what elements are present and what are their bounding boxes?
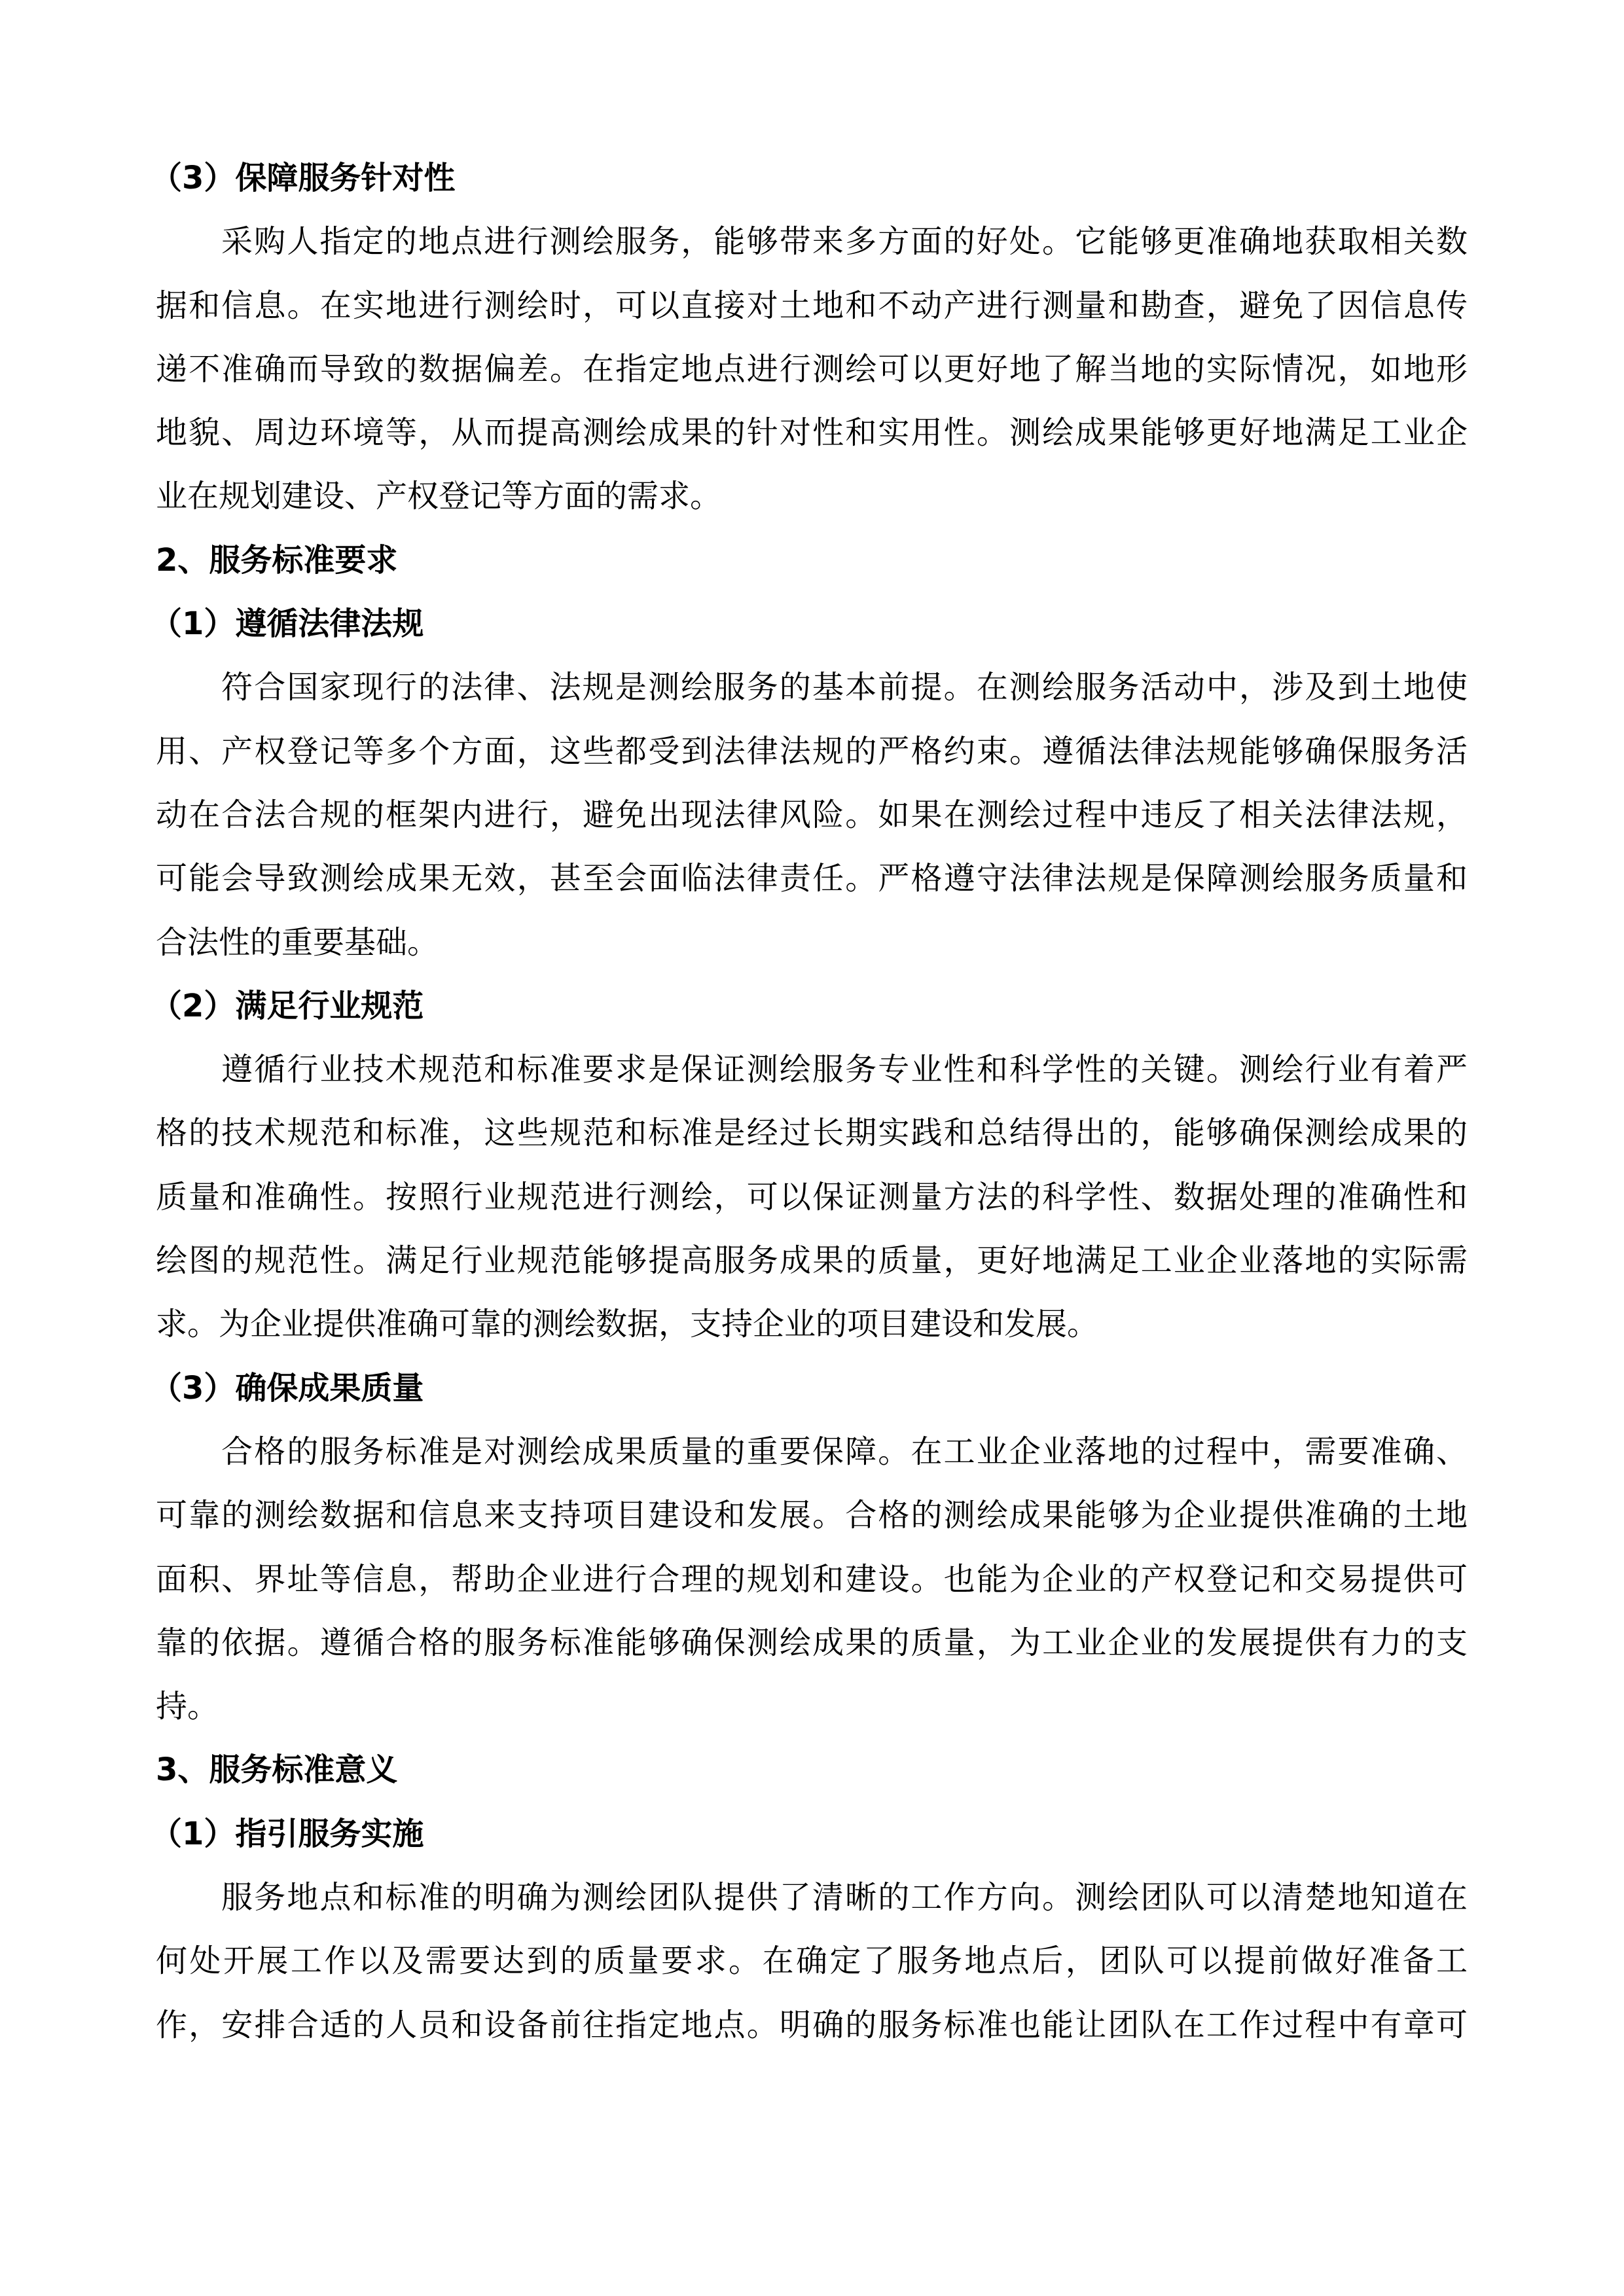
paragraph-line: 地貌、周边环境等，从而提高测绘成果的针对性和实用性。测绘成果能够更好地满足工业企 bbox=[156, 412, 1468, 475]
paragraph-line: 合法性的重要基础。 bbox=[156, 922, 1468, 985]
paragraph-line: 质量和准确性。按照行业规范进行测绘，可以保证测量方法的科学性、数据处理的准确性和 bbox=[156, 1176, 1468, 1240]
subheading-ensure-result-quality: （3）确保成果质量 bbox=[151, 1367, 1468, 1431]
paragraph-line: 递不准确而导致的数据偏差。在指定地点进行测绘可以更好地了解当地的实际情况，如地形 bbox=[156, 348, 1468, 412]
paragraph-line: 可能会导致测绘成果无效，甚至会面临法律责任。严格遵守法律法规是保障测绘服务质量和 bbox=[156, 857, 1468, 921]
paragraph-line: 绘图的规范性。满足行业规范能够提高服务成果的质量，更好地满足工业企业落地的实际需 bbox=[156, 1240, 1468, 1303]
paragraph-line: 业在规划建设、产权登记等方面的需求。 bbox=[156, 475, 1468, 539]
paragraph-line: 动在合法合规的框架内进行，避免出现法律风险。如果在测绘过程中违反了相关法律法规， bbox=[156, 794, 1468, 857]
heading-service-standard-significance: 3、服务标准意义 bbox=[156, 1749, 1468, 1812]
paragraph-line: 何处开展工作以及需要达到的质量要求。在确定了服务地点后，团队可以提前做好准备工 bbox=[156, 1940, 1468, 2003]
paragraph-line: 可靠的测绘数据和信息来支持项目建设和发展。合格的测绘成果能够为企业提供准确的土地 bbox=[156, 1494, 1468, 1558]
paragraph-line: 用、产权登记等多个方面，这些都受到法律法规的严格约束。遵循法律法规能够确保服务活 bbox=[156, 730, 1468, 794]
subheading-guarantee-service-pertinence: （3）保障服务针对性 bbox=[151, 157, 1468, 221]
subheading-guide-service-implementation: （1）指引服务实施 bbox=[151, 1813, 1468, 1876]
paragraph-line: 持。 bbox=[156, 1685, 1468, 1749]
paragraph-line: 作，安排合适的人员和设备前往指定地点。明确的服务标准也能让团队在工作过程中有章可 bbox=[156, 2004, 1468, 2068]
paragraph-line: 求。为企业提供准确可靠的测绘数据，支持企业的项目建设和发展。 bbox=[156, 1303, 1468, 1367]
paragraph-line: 据和信息。在实地进行测绘时，可以直接对土地和不动产进行测量和勘查，避免了因信息传 bbox=[156, 285, 1468, 348]
paragraph-meet-industry-norms: 遵循行业技术规范和标准要求是保证测绘服务专业性和科学性的关键。测绘行业有着严 格… bbox=[156, 1049, 1468, 1367]
paragraph-line: 合格的服务标准是对测绘成果质量的重要保障。在工业企业落地的过程中，需要准确、 bbox=[156, 1431, 1468, 1494]
paragraph-follow-laws-regulations: 符合国家现行的法律、法规是测绘服务的基本前提。在测绘服务活动中，涉及到土地使 用… bbox=[156, 666, 1468, 984]
paragraph-ensure-result-quality: 合格的服务标准是对测绘成果质量的重要保障。在工业企业落地的过程中，需要准确、 可… bbox=[156, 1431, 1468, 1749]
paragraph-guarantee-service-pertinence: 采购人指定的地点进行测绘服务，能够带来多方面的好处。它能够更准确地获取相关数 据… bbox=[156, 221, 1468, 539]
paragraph-line: 服务地点和标准的明确为测绘团队提供了清晰的工作方向。测绘团队可以清楚地知道在 bbox=[156, 1876, 1468, 1940]
paragraph-line: 面积、界址等信息，帮助企业进行合理的规划和建设。也能为企业的产权登记和交易提供可 bbox=[156, 1558, 1468, 1622]
heading-service-standard-requirements: 2、服务标准要求 bbox=[156, 539, 1468, 603]
paragraph-line: 采购人指定的地点进行测绘服务，能够带来多方面的好处。它能够更准确地获取相关数 bbox=[156, 221, 1468, 284]
paragraph-line: 靠的依据。遵循合格的服务标准能够确保测绘成果的质量，为工业企业的发展提供有力的支 bbox=[156, 1622, 1468, 1685]
paragraph-line: 符合国家现行的法律、法规是测绘服务的基本前提。在测绘服务活动中，涉及到土地使 bbox=[156, 666, 1468, 730]
subheading-follow-laws-regulations: （1）遵循法律法规 bbox=[151, 603, 1468, 666]
paragraph-guide-service-implementation: 服务地点和标准的明确为测绘团队提供了清晰的工作方向。测绘团队可以清楚地知道在 何… bbox=[156, 1876, 1468, 2068]
document-page: （3）保障服务针对性 采购人指定的地点进行测绘服务，能够带来多方面的好处。它能够… bbox=[156, 157, 1468, 2068]
paragraph-line: 格的技术规范和标准，这些规范和标准是经过长期实践和总结得出的，能够确保测绘成果的 bbox=[156, 1112, 1468, 1175]
paragraph-line: 遵循行业技术规范和标准要求是保证测绘服务专业性和科学性的关键。测绘行业有着严 bbox=[156, 1049, 1468, 1112]
subheading-meet-industry-norms: （2）满足行业规范 bbox=[151, 985, 1468, 1049]
